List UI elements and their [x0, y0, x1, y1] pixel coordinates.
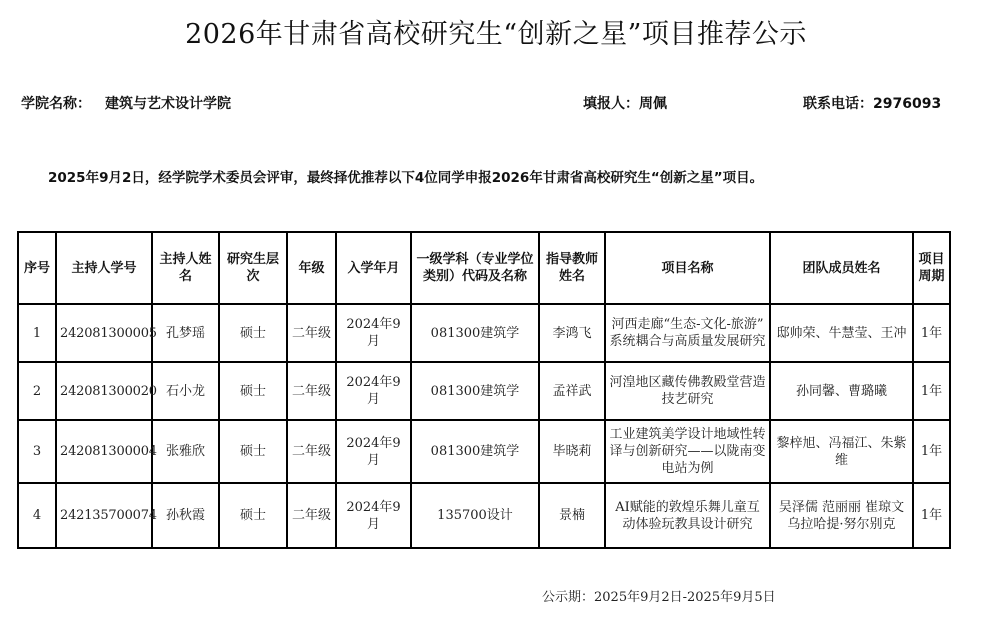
cell-student-id: 242081300005	[56, 304, 152, 362]
cell-grade: 二年级	[287, 420, 336, 483]
header-advisor: 指导教师姓名	[539, 232, 605, 304]
header-project: 项目名称	[605, 232, 770, 304]
cell-no: 2	[18, 362, 56, 420]
cell-name: 石小龙	[152, 362, 219, 420]
table-row: 3 242081300004 张雅欣 硕士 二年级 2024年9月 081300…	[18, 420, 950, 483]
college-info: 学院名称：建筑与艺术设计学院	[21, 93, 231, 113]
intro-paragraph: 2025年9月2日，经学院学术委员会评审，最终择优推荐以下4位同学申报2026年…	[48, 166, 763, 186]
cell-enrolled: 2024年9月	[336, 362, 411, 420]
cell-level: 硕士	[219, 483, 287, 548]
cell-team: 孙同馨、曹璐曦	[770, 362, 913, 420]
cell-grade: 二年级	[287, 483, 336, 548]
cell-name: 张雅欣	[152, 420, 219, 483]
header-no: 序号	[18, 232, 56, 304]
header-student-id: 主持人学号	[56, 232, 152, 304]
cell-level: 硕士	[219, 304, 287, 362]
phone-info: 联系电话：2976093	[803, 93, 941, 113]
cell-discipline: 081300建筑学	[411, 362, 539, 420]
college-label: 学院名称：	[21, 96, 91, 112]
cell-discipline: 081300建筑学	[411, 420, 539, 483]
header-level: 研究生层次	[219, 232, 287, 304]
cell-advisor: 毕晓莉	[539, 420, 605, 483]
header-enrolled: 入学年月	[336, 232, 411, 304]
cell-no: 1	[18, 304, 56, 362]
notice-period: 公示期：2025年9月2日-2025年9月5日	[542, 586, 776, 605]
header-name: 主持人姓名	[152, 232, 219, 304]
cell-name: 孔梦瑶	[152, 304, 219, 362]
cell-student-id: 242135700074	[56, 483, 152, 548]
header-period: 项目周期	[913, 232, 950, 304]
cell-advisor: 孟祥武	[539, 362, 605, 420]
college-name: 建筑与艺术设计学院	[105, 96, 231, 112]
cell-discipline: 081300建筑学	[411, 304, 539, 362]
table-row: 2 242081300020 石小龙 硕士 二年级 2024年9月 081300…	[18, 362, 950, 420]
cell-team: 邸帅荣、牛慧莹、王冲	[770, 304, 913, 362]
cell-period: 1年	[913, 483, 950, 548]
cell-project: 河湟地区藏传佛教殿堂营造技艺研究	[605, 362, 770, 420]
cell-grade: 二年级	[287, 304, 336, 362]
cell-team: 黎梓旭、冯福江、朱紫维	[770, 420, 913, 483]
cell-student-id: 242081300004	[56, 420, 152, 483]
table-header-row: 序号 主持人学号 主持人姓名 研究生层次 年级 入学年月 一级学科（专业学位类别…	[18, 232, 950, 304]
cell-grade: 二年级	[287, 362, 336, 420]
cell-project: AI赋能的敦煌乐舞儿童互动体验玩教具设计研究	[605, 483, 770, 548]
cell-no: 4	[18, 483, 56, 548]
table-row: 4 242135700074 孙秋霞 硕士 二年级 2024年9月 135700…	[18, 483, 950, 548]
cell-project: 河西走廊“生态-文化-旅游” 系统耦合与高质量发展研究	[605, 304, 770, 362]
page-title: 2026年甘肃省高校研究生“创新之星”项目推荐公示	[0, 12, 992, 51]
cell-discipline: 135700设计	[411, 483, 539, 548]
cell-no: 3	[18, 420, 56, 483]
table-row: 1 242081300005 孔梦瑶 硕士 二年级 2024年9月 081300…	[18, 304, 950, 362]
cell-enrolled: 2024年9月	[336, 304, 411, 362]
reporter-info: 填报人：周佩	[583, 93, 667, 113]
recommendation-table: 序号 主持人学号 主持人姓名 研究生层次 年级 入学年月 一级学科（专业学位类别…	[17, 231, 951, 549]
header-discipline: 一级学科（专业学位类别）代码及名称	[411, 232, 539, 304]
cell-name: 孙秋霞	[152, 483, 219, 548]
cell-level: 硕士	[219, 420, 287, 483]
header-grade: 年级	[287, 232, 336, 304]
cell-period: 1年	[913, 304, 950, 362]
cell-period: 1年	[913, 362, 950, 420]
header-team: 团队成员姓名	[770, 232, 913, 304]
cell-enrolled: 2024年9月	[336, 483, 411, 548]
cell-advisor: 李鸿飞	[539, 304, 605, 362]
cell-student-id: 242081300020	[56, 362, 152, 420]
cell-enrolled: 2024年9月	[336, 420, 411, 483]
cell-team: 吴泽儒 范丽丽 崔琼文 乌拉哈提·努尔别克	[770, 483, 913, 548]
cell-project: 工业建筑美学设计地域性转译与创新研究——以陇南变电站为例	[605, 420, 770, 483]
cell-level: 硕士	[219, 362, 287, 420]
cell-period: 1年	[913, 420, 950, 483]
cell-advisor: 景楠	[539, 483, 605, 548]
